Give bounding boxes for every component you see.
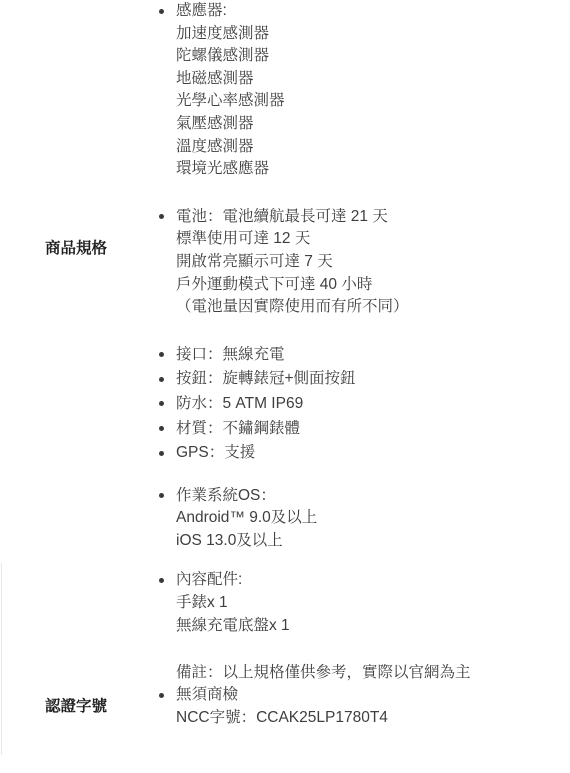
bullet-icon (159, 377, 164, 382)
spec-line: 陀螺儀感測器 (176, 45, 565, 68)
spec-line: 感應器: (176, 0, 565, 23)
spec-line: 光學心率感測器 (176, 90, 565, 113)
spec-group-interface: 接口：無線充電 (150, 344, 565, 367)
spec-line: 材質：不鏽鋼錶體 (176, 418, 565, 441)
spec-line: NCC字號：CCAK25LP1780T4 (176, 707, 565, 730)
spec-line: 標準使用可達 12 天 (176, 228, 565, 251)
bullet-icon (159, 426, 164, 431)
spec-line: 備註：以上規格僅供參考，實際以官網為主 (176, 662, 565, 685)
spec-line: （電池量因實際使用而有所不同） (176, 296, 565, 319)
spec-line: 地磁感測器 (176, 68, 565, 91)
spec-line: 內容配件: (176, 569, 565, 592)
spec-line: GPS：支援 (176, 442, 565, 465)
spec-group-buttons: 按鈕：旋轉錶冠+側面按鈕 (150, 368, 565, 391)
spec-line: 無線充電底盤x 1 (176, 615, 565, 638)
bullet-icon (159, 352, 164, 357)
spec-line: iOS 13.0及以上 (176, 530, 565, 553)
spec-line: 氣壓感測器 (176, 113, 565, 136)
spec-group-os: 作業系統OS： Android™ 9.0及以上 iOS 13.0及以上 (150, 485, 565, 553)
spec-group-material: 材質：不鏽鋼錶體 (150, 418, 565, 441)
spec-line: 溫度感測器 (176, 136, 565, 159)
spec-content-column: 感應器: 加速度感測器 陀螺儀感測器 地磁感測器 光學心率感測器 氣壓感測器 溫… (150, 0, 565, 730)
bullet-icon (159, 9, 164, 14)
bullet-icon (159, 214, 164, 219)
spec-line: Android™ 9.0及以上 (176, 507, 565, 530)
spec-group-certification: 無須商檢 NCC字號：CCAK25LP1780T4 (150, 684, 565, 729)
spec-line: 環境光感應器 (176, 158, 565, 181)
bullet-icon (159, 493, 164, 498)
spec-row-label-certification: 認證字號 (45, 696, 107, 719)
spec-line: 開啟常亮顯示可達 7 天 (176, 251, 565, 274)
bullet-icon (159, 578, 164, 583)
spec-line: 加速度感測器 (176, 23, 565, 46)
spec-group-waterproof: 防水：5 ATM IP69 (150, 393, 565, 416)
bullet-icon (159, 401, 164, 406)
spec-group-battery: 電池：電池續航最長可達 21 天 標準使用可達 12 天 開啟常亮顯示可達 7 … (150, 206, 565, 319)
spec-row-label-product: 商品規格 (45, 238, 107, 261)
spec-line: 手錶x 1 (176, 592, 565, 615)
spec-group-package-contents: 內容配件: 手錶x 1 無線充電底盤x 1 (150, 569, 565, 637)
spec-line: 按鈕：旋轉錶冠+側面按鈕 (176, 368, 565, 391)
spec-line: 戶外運動模式下可達 40 小時 (176, 274, 565, 297)
spec-group-gps: GPS：支援 (150, 442, 565, 465)
product-spec-page: 商品規格 認證字號 感應器: 加速度感測器 陀螺儀感測器 地磁感測器 光學心率感… (0, 0, 570, 773)
spec-line: 無須商檢 (176, 684, 565, 707)
spec-group-sensors: 感應器: 加速度感測器 陀螺儀感測器 地磁感測器 光學心率感測器 氣壓感測器 溫… (150, 0, 565, 181)
spec-line: 作業系統OS： (176, 485, 565, 508)
spec-group-remark: 備註：以上規格僅供參考，實際以官網為主 (150, 662, 565, 685)
spec-line: 防水：5 ATM IP69 (176, 393, 565, 416)
bullet-icon (159, 451, 164, 456)
spec-line: 接口：無線充電 (176, 344, 565, 367)
spec-line: 電池：電池續航最長可達 21 天 (176, 206, 565, 229)
bullet-icon (159, 693, 164, 698)
table-row-divider (1, 563, 2, 755)
